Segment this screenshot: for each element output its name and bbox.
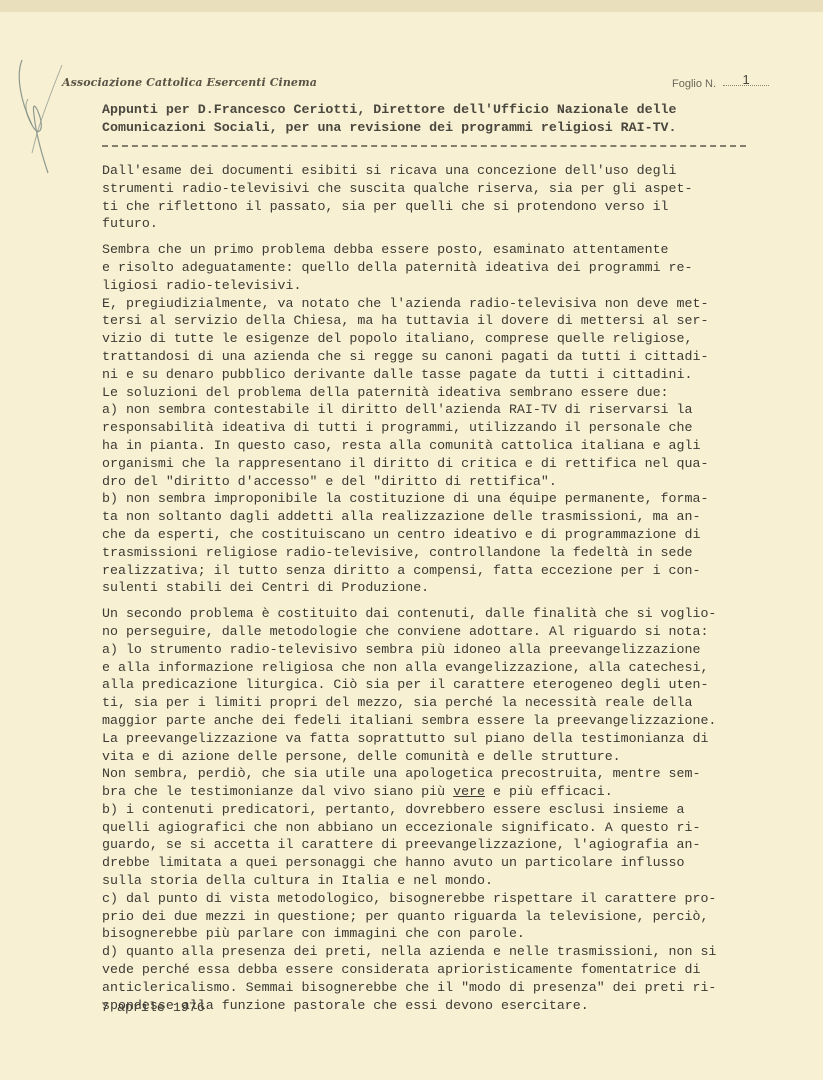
text-line: Dall'esame dei documenti esibiti si rica… (102, 162, 802, 180)
text-line: quelli agiografici che non abbiano un ec… (102, 819, 802, 837)
document-page: Associazione Cattolica Esercenti Cinema … (0, 0, 823, 1080)
text-line: Le soluzioni del problema della paternit… (102, 384, 802, 402)
paragraph: Sembra che un primo problema debba esser… (102, 241, 802, 597)
text-line: che da esperti, che costituiscano un cen… (102, 526, 802, 544)
scan-edge (0, 0, 823, 12)
text-line: tersi al servizio della Chiesa, ma ha tu… (102, 312, 802, 330)
paragraph: Un secondo problema è costituito dai con… (102, 605, 802, 1014)
text-line: a) non sembra contestabile il diritto de… (102, 401, 802, 419)
text-line: ti, sia per i limiti propri del mezzo, s… (102, 694, 802, 712)
text-line: a) lo strumento radio-televisivo sembra … (102, 641, 802, 659)
text-line: b) non sembra improponibile la costituzi… (102, 490, 802, 508)
text-line: spondesse alla funzione pastorale che es… (102, 997, 802, 1015)
sheet-number-value: 1 (723, 75, 769, 86)
text-line: La preevangelizzazione va fatta soprattu… (102, 730, 802, 748)
text-line: prio dei due mezzi in questione; per qua… (102, 908, 802, 926)
document-title: Appunti per D.Francesco Ceriotti, Dirett… (102, 101, 802, 137)
text-line: alla predicazione liturgica. Ciò sia per… (102, 676, 802, 694)
text-line: drebbe limitata a quei personaggi che ha… (102, 854, 802, 872)
title-underline-divider (102, 145, 746, 147)
text-line: E, pregiudizialmente, va notato che l'az… (102, 295, 802, 313)
text-line: d) quanto alla presenza dei preti, nella… (102, 943, 802, 961)
text-line: vizio di tutte le esigenze del popolo it… (102, 330, 802, 348)
text-line: strumenti radio-televisivi che suscita q… (102, 180, 802, 198)
paragraph-gap (102, 233, 802, 241)
document-date: 7 aprile 1976 (101, 1000, 205, 1015)
text-line: trattandosi di una azienda che si regge … (102, 348, 802, 366)
text-line: ni e su denaro pubblico derivante dalle … (102, 366, 802, 384)
text-line: bisognerebbe più parlare con immagini ch… (102, 925, 802, 943)
text-line: bra che le testimonianze dal vivo siano … (102, 783, 802, 801)
text-line: realizzativa; il tutto senza diritto a c… (102, 562, 802, 580)
text-line: maggior parte anche dei fedeli italiani … (102, 712, 802, 730)
letterhead-organization: Associazione Cattolica Esercenti Cinema (62, 76, 317, 89)
title-line: Comunicazioni Sociali, per una revisione… (102, 119, 802, 137)
title-line: Appunti per D.Francesco Ceriotti, Dirett… (102, 101, 802, 119)
text-line: anticlericalismo. Semmai bisognerebbe ch… (102, 979, 802, 997)
sheet-number: Foglio N. 1 (672, 78, 769, 90)
text-line: sulenti stabili dei Centri di Produzione… (102, 579, 802, 597)
text-line: Un secondo problema è costituito dai con… (102, 605, 802, 623)
text-line: dro del "diritto d'accesso" e del "dirit… (102, 473, 802, 491)
text-line: ligiosi radio-televisivi. (102, 277, 802, 295)
text-line: vita e di azione delle persone, delle co… (102, 748, 802, 766)
text-line: sulla storia della cultura in Italia e n… (102, 872, 802, 890)
document-body: Dall'esame dei documenti esibiti si rica… (102, 162, 802, 1014)
underlined-word: vere (453, 784, 485, 799)
paragraph-gap (102, 597, 802, 605)
text-line: no perseguire, dalle metodologie che con… (102, 623, 802, 641)
text-line: ha in pianta. In questo caso, resta alla… (102, 437, 802, 455)
text-line: ti che riflettono il passato, sia per qu… (102, 198, 802, 216)
text-line: trasmissioni religiose radio-televisive,… (102, 544, 802, 562)
text-line: ta non soltanto dagli addetti alla reali… (102, 508, 802, 526)
text-line: vede perché essa debba essere considerat… (102, 961, 802, 979)
text-line: futuro. (102, 215, 802, 233)
text-line: guardo, se si accetta il carattere di pr… (102, 836, 802, 854)
text-line: Sembra che un primo problema debba esser… (102, 241, 802, 259)
sheet-label: Foglio N. (672, 78, 716, 90)
text-line: b) i contenuti predicatori, pertanto, do… (102, 801, 802, 819)
text-line: c) dal punto di vista metodologico, biso… (102, 890, 802, 908)
paragraph: Dall'esame dei documenti esibiti si rica… (102, 162, 802, 233)
text-line: Non sembra, perdiò, che sia utile una ap… (102, 765, 802, 783)
text-line: responsabilità ideativa di tutti i progr… (102, 419, 802, 437)
text-line: e risolto adeguatamente: quello della pa… (102, 259, 802, 277)
text-line: organismi che la rappresentano il diritt… (102, 455, 802, 473)
pen-mark-icon (14, 55, 64, 175)
text-line: e alla informazione religiosa che non al… (102, 659, 802, 677)
